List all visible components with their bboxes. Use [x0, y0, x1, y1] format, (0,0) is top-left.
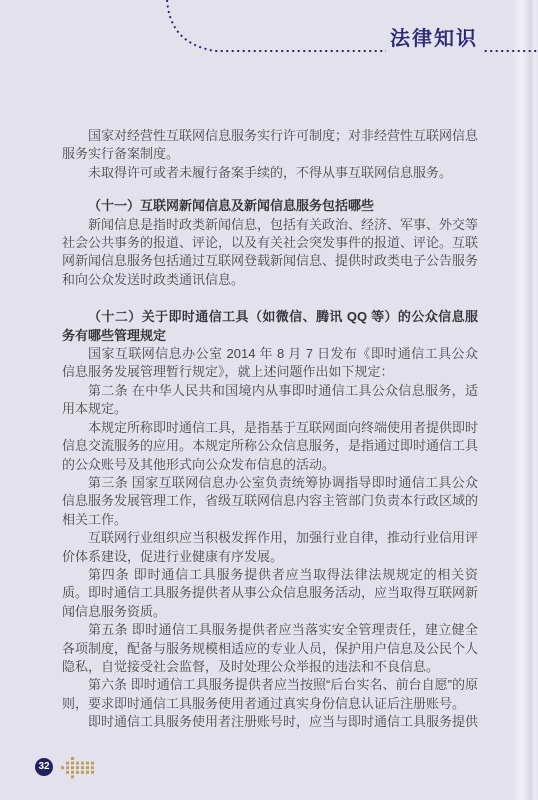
page-header-title: 法律知识	[386, 28, 482, 55]
dots-arrow-icon	[60, 756, 96, 778]
section-heading-12: （十二）关于即时通信工具（如微信、腾讯 QQ 等）的公众信息服务有哪些管理规定	[62, 308, 478, 345]
book-page: 法律知识 国家对经营性互联网信息服务实行许可制度；对非经营性互联网信息服务实行备…	[0, 0, 538, 800]
paragraph: 本规定所称即时通信工具，是指基于互联网面向终端使用者提供即时信息交流服务的应用。…	[62, 419, 478, 474]
paragraph: 第二条 在中华人民共和国境内从事即时通信工具公众信息服务，适用本规定。	[62, 382, 478, 419]
page-edge-highlight	[512, 0, 538, 800]
paragraph: 国家互联网信息办公室 2014 年 8 月 7 日发布《即时通信工具公众信息服务…	[62, 345, 478, 382]
page-number-badge: 32	[35, 758, 53, 776]
page-footer: 32	[35, 756, 96, 778]
page-header: 法律知识	[0, 0, 538, 62]
paragraph: 第六条 即时通信工具服务提供者应当按照“后台实名、前台自愿”的原则，要求即时通信…	[62, 676, 478, 713]
paragraph: 第三条 国家互联网信息办公室负责统筹协调指导即时通信工具公众信息服务发展管理工作…	[62, 474, 478, 529]
paragraph: 互联网行业组织应当积极发挥作用，加强行业自律，推动行业信用评价体系建设，促进行业…	[62, 529, 478, 566]
paragraph: 新闻信息是指时政类新闻信息，包括有关政治、经济、军事、外交等社会公共事务的报道、…	[62, 216, 478, 290]
section-heading-11: （十一）互联网新闻信息及新闻信息服务包括哪些	[62, 197, 478, 215]
page-content: 国家对经营性互联网信息服务实行许可制度；对非经营性互联网信息服务实行备案制度。 …	[62, 127, 478, 732]
paragraph: 第五条 即时通信工具服务提供者应当落实安全管理责任，建立健全各项制度，配备与服务…	[62, 621, 478, 676]
paragraph: 国家对经营性互联网信息服务实行许可制度；对非经营性互联网信息服务实行备案制度。	[62, 127, 478, 164]
paragraph: 第四条 即时通信工具服务提供者应当取得法律法规规定的相关资质。即时通信工具服务提…	[62, 566, 478, 621]
paragraph: 未取得许可或者未履行备案手续的，不得从事互联网信息服务。	[62, 164, 478, 182]
paragraph: 即时通信工具服务使用者注册账号时，应当与即时通信工具服务提供	[62, 713, 478, 731]
